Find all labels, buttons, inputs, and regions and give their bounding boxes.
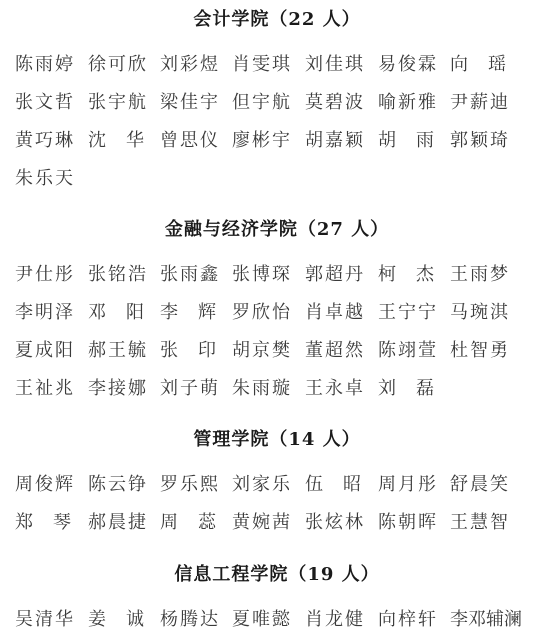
person-name: 杜智勇 — [450, 338, 510, 364]
person-name: 胡雨 — [378, 128, 454, 154]
person-name: 胡京樊 — [232, 338, 292, 364]
person-name: 李邓辅澜 — [450, 607, 522, 633]
person-name: 肖雯琪 — [232, 52, 292, 78]
name-row: 陈雨婷徐可欣刘彩煜肖雯琪刘佳琪易俊霖向瑶 — [0, 52, 554, 78]
person-name: 向瑶 — [450, 52, 526, 78]
person-name: 夏唯懿 — [232, 607, 292, 633]
person-name: 姜诚 — [88, 607, 164, 633]
person-name: 廖彬宇 — [232, 128, 292, 154]
person-name: 张文哲 — [15, 90, 75, 116]
person-name: 邓阳 — [88, 300, 164, 326]
name-row: 尹仕彤张铭浩张雨鑫张博琛郭超丹柯杰王雨梦 — [0, 262, 554, 288]
person-name: 沈华 — [88, 128, 164, 154]
person-name: 梁佳宇 — [160, 90, 220, 116]
name-row: 李明泽邓阳李辉罗欣怡肖卓越王宁宁马琬淇 — [0, 300, 554, 326]
person-name: 但宇航 — [232, 90, 292, 116]
name-row: 周俊辉陈云铮罗乐熙刘家乐伍昭周月彤舒晨笑 — [0, 472, 554, 498]
person-name: 李辉 — [160, 300, 236, 326]
name-row: 夏成阳郝王毓张印胡京樊董超然陈翊萱杜智勇 — [0, 338, 554, 364]
person-name: 刘家乐 — [232, 472, 292, 498]
person-name: 王祉兆 — [15, 376, 75, 402]
person-name: 向梓轩 — [378, 607, 438, 633]
name-row: 王祉兆李接娜刘子萌朱雨璇王永卓刘磊 — [0, 376, 554, 402]
person-name: 陈翊萱 — [378, 338, 438, 364]
person-name: 王宁宁 — [378, 300, 438, 326]
person-name: 舒晨笑 — [450, 472, 510, 498]
person-name: 李接娜 — [88, 376, 148, 402]
name-row: 朱乐天 — [0, 166, 554, 192]
person-name: 张铭浩 — [88, 262, 148, 288]
name-row: 郑琴郝晨捷周蕊黄婉茜张炫林陈朝晖王慧智 — [0, 510, 554, 536]
section-title: 信息工程学院（19 人） — [0, 563, 554, 587]
person-name: 莫碧波 — [305, 90, 365, 116]
person-name: 刘佳琪 — [305, 52, 365, 78]
person-name: 董超然 — [305, 338, 365, 364]
person-name: 陈云铮 — [88, 472, 148, 498]
person-name: 喻新雅 — [378, 90, 438, 116]
person-name: 张炫林 — [305, 510, 365, 536]
name-row: 黄巧琳沈华曾思仪廖彬宇胡嘉颖胡雨郭颖琦 — [0, 128, 554, 154]
person-name: 曾思仪 — [160, 128, 220, 154]
person-name: 伍昭 — [305, 472, 381, 498]
person-name: 夏成阳 — [15, 338, 75, 364]
section-title: 金融与经济学院（27 人） — [0, 218, 554, 242]
person-name: 张雨鑫 — [160, 262, 220, 288]
section-title: 会计学院（22 人） — [0, 8, 554, 32]
person-name: 刘磊 — [378, 376, 454, 402]
person-name: 周月彤 — [378, 472, 438, 498]
person-name: 朱乐天 — [15, 166, 75, 192]
person-name: 周蕊 — [160, 510, 236, 536]
person-name: 王慧智 — [450, 510, 510, 536]
person-name: 陈雨婷 — [15, 52, 75, 78]
person-name: 罗欣怡 — [232, 300, 292, 326]
person-name: 胡嘉颖 — [305, 128, 365, 154]
person-name: 李明泽 — [15, 300, 75, 326]
person-name: 朱雨璇 — [232, 376, 292, 402]
person-name: 罗乐熙 — [160, 472, 220, 498]
name-row: 吴清华姜诚杨腾达夏唯懿肖龙健向梓轩李邓辅澜 — [0, 607, 554, 633]
person-name: 刘彩煜 — [160, 52, 220, 78]
person-name: 肖龙健 — [305, 607, 365, 633]
person-name: 郝王毓 — [88, 338, 148, 364]
person-name: 张宇航 — [88, 90, 148, 116]
person-name: 周俊辉 — [15, 472, 75, 498]
person-name: 郑琴 — [15, 510, 91, 536]
person-name: 易俊霖 — [378, 52, 438, 78]
person-name: 陈朝晖 — [378, 510, 438, 536]
person-name: 郭超丹 — [305, 262, 365, 288]
person-name: 郝晨捷 — [88, 510, 148, 536]
person-name: 王雨梦 — [450, 262, 510, 288]
award-list-document: 会计学院（22 人）陈雨婷徐可欣刘彩煜肖雯琪刘佳琪易俊霖向瑶张文哲张宇航梁佳宇但… — [0, 0, 554, 635]
person-name: 黄巧琳 — [15, 128, 75, 154]
person-name: 黄婉茜 — [232, 510, 292, 536]
person-name: 吴清华 — [15, 607, 75, 633]
person-name: 王永卓 — [305, 376, 365, 402]
person-name: 柯杰 — [378, 262, 454, 288]
name-row: 张文哲张宇航梁佳宇但宇航莫碧波喻新雅尹薪迪 — [0, 90, 554, 116]
person-name: 尹仕彤 — [15, 262, 75, 288]
person-name: 刘子萌 — [160, 376, 220, 402]
section-title: 管理学院（14 人） — [0, 428, 554, 452]
person-name: 肖卓越 — [305, 300, 365, 326]
person-name: 张博琛 — [232, 262, 292, 288]
person-name: 张印 — [160, 338, 236, 364]
person-name: 马琬淇 — [450, 300, 510, 326]
person-name: 徐可欣 — [88, 52, 148, 78]
person-name: 杨腾达 — [160, 607, 220, 633]
person-name: 郭颖琦 — [450, 128, 510, 154]
person-name: 尹薪迪 — [450, 90, 510, 116]
